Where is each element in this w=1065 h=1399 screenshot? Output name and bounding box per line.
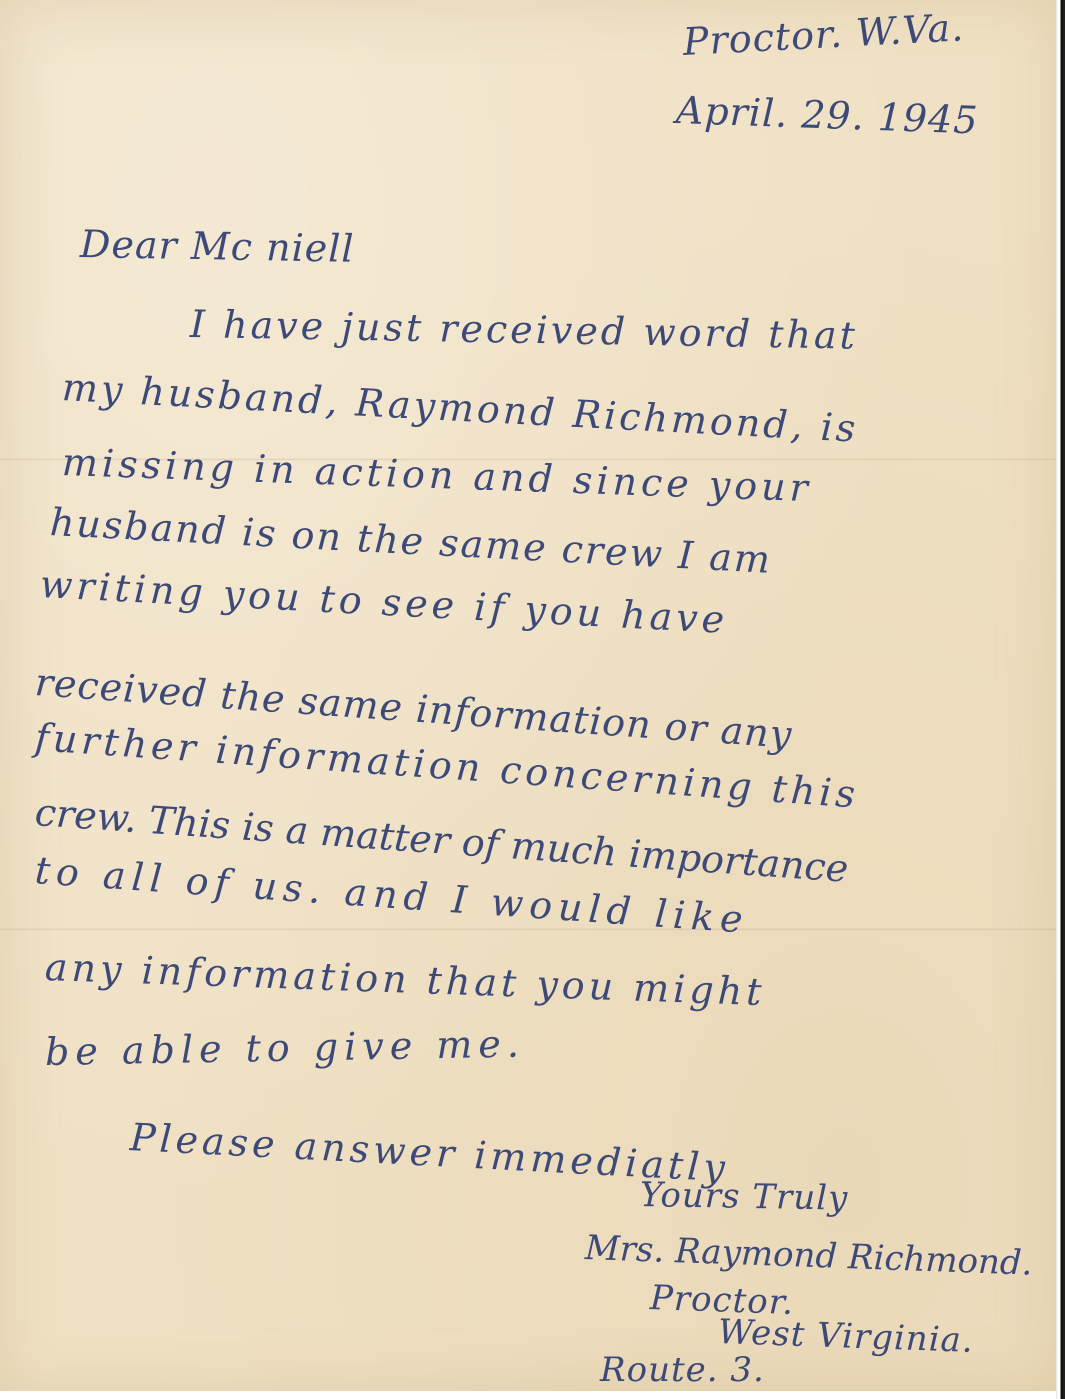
fold-crease [0, 928, 1056, 931]
letter-place: Proctor. W.Va. [682, 5, 965, 64]
letter-paper: Proctor. W.Va. April. 29. 1945 Dear Mc n… [0, 0, 1056, 1391]
salutation: Dear Mc niell [80, 222, 355, 271]
body-line: I have just received word that [190, 302, 859, 358]
scan-edge [1056, 0, 1065, 1399]
body-line: any information that you might [44, 945, 766, 1014]
valediction: Yours Truly [640, 1175, 849, 1219]
letter-date: April. 29. 1945 [675, 88, 979, 143]
body-line: missing in action and since your [61, 440, 812, 510]
body-line: my husband, Raymond Richmond, is [61, 365, 860, 451]
signature-name: Mrs. Raymond Richmond. [584, 1228, 1033, 1284]
signature-route: Route. 3. [600, 1350, 765, 1390]
body-line: be able to give me. [45, 1022, 526, 1074]
